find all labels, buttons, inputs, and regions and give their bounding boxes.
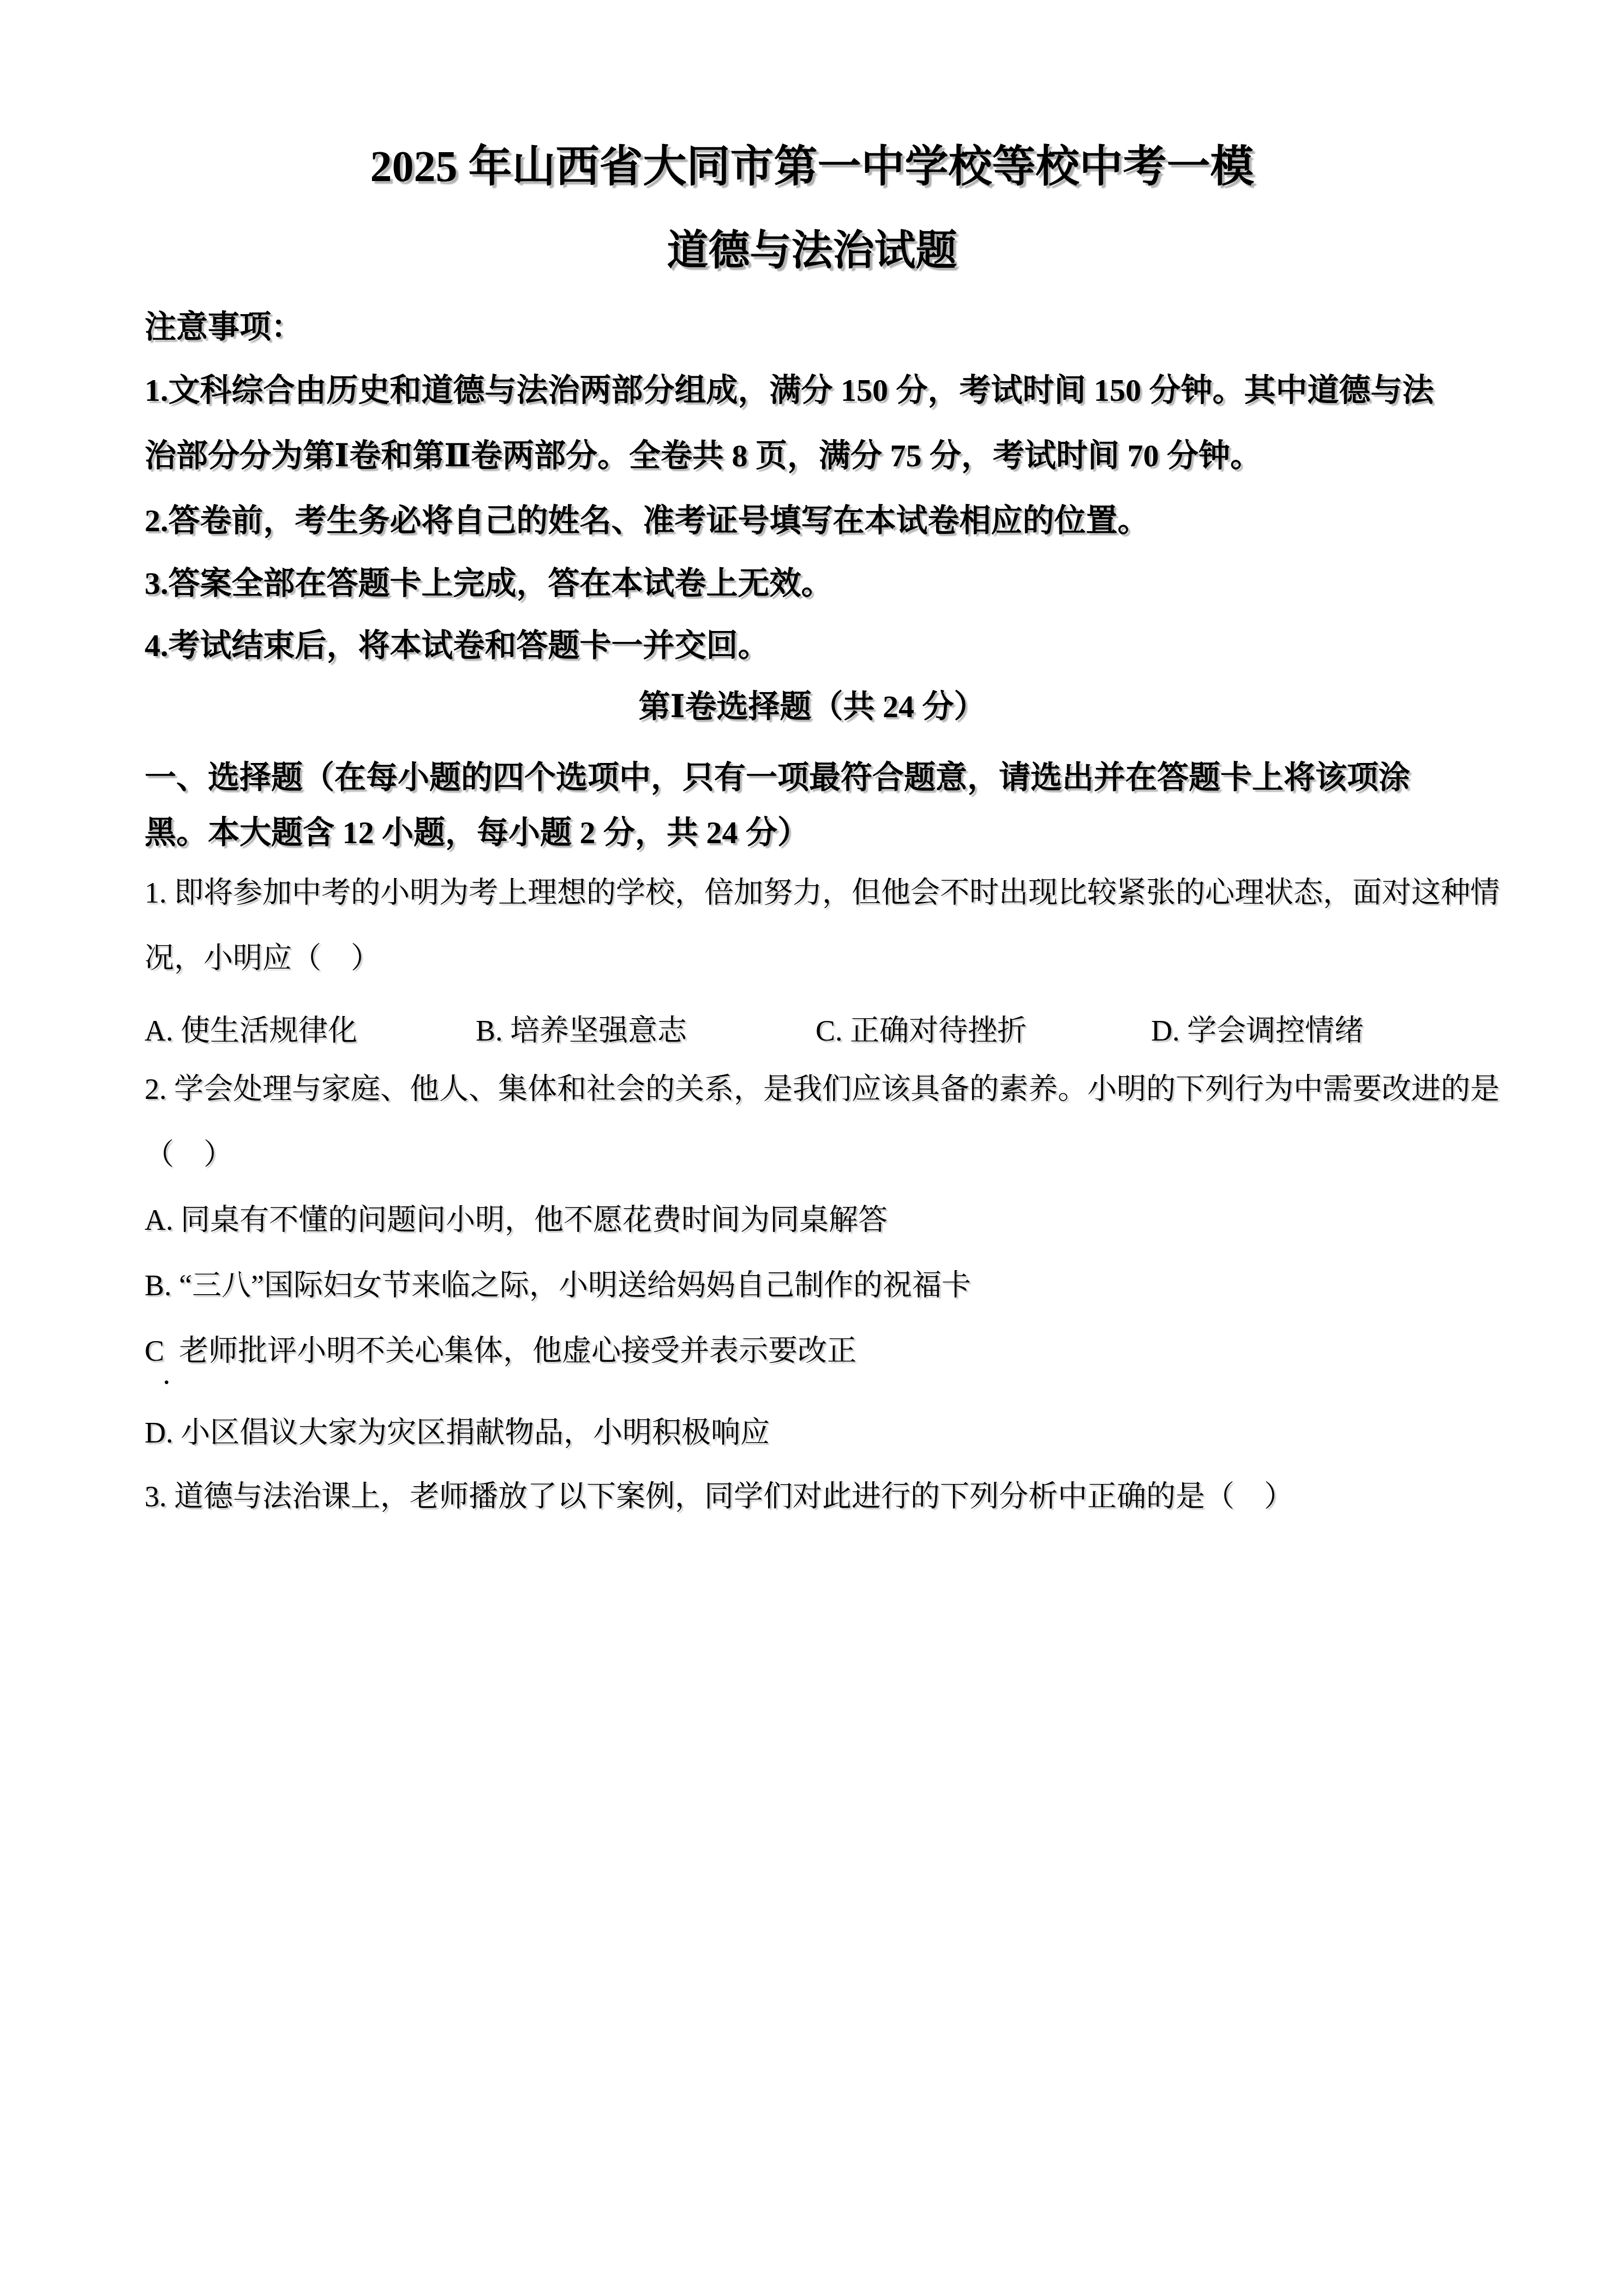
notice-item3: 3.答案全部在答题卡上完成，答在本试卷上无效。	[145, 566, 833, 602]
mc-intro-line2: 黑。本大题含 12 小题，每小题 2 分，共 24 分）	[145, 815, 809, 851]
exam-paper-page: 2025 年山西省大同市第一中学校等校中考一模 道德与法治试题 注意事项： 1.…	[0, 0, 1624, 2296]
q2-option-c-stray-period: ·	[161, 1366, 172, 1401]
question-1-line2: 况，小明应（ ）	[145, 942, 380, 975]
exam-title: 2025 年山西省大同市第一中学校等校中考一模	[370, 143, 1254, 192]
q1-option-d: D. 学会调控情绪	[1151, 1007, 1364, 1049]
q2-option-d: D. 小区倡议大家为灾区捐献物品，小明积极响应	[145, 1416, 770, 1449]
notice-item4: 4.考试结束后，将本试卷和答题卡一并交回。	[145, 628, 770, 664]
notice-item2: 2.答卷前，考生务必将自己的姓名、准考证号填写在本试卷相应的位置。	[145, 503, 1149, 539]
q2-option-c: C 老师批评小明不关心集体，他虚心接受并表示要改正	[145, 1335, 856, 1367]
q1-option-a: A. 使生活规律化	[145, 1007, 357, 1049]
question-1-line1: 1. 即将参加中考的小明为考上理想的学校，倍加努力，但他会不时出现比较紧张的心理…	[145, 876, 1500, 909]
notice-item1-line1: 1.文科综合由历史和道德与法治两部分组成，满分 150 分，考试时间 150 分…	[145, 373, 1434, 408]
q1-option-c: C. 正确对待挫折	[816, 1007, 1027, 1049]
q2-option-b: B. “三八”国际妇女节来临之际，小明送给妈妈自己制作的祝福卡	[145, 1269, 971, 1302]
section1-header: 第Ⅰ卷选择题（共 24 分）	[638, 689, 985, 725]
exam-subtitle: 道德与法治试题	[667, 228, 957, 274]
question-2-line1: 2. 学会处理与家庭、他人、集体和社会的关系，是我们应该具备的素养。小明的下列行…	[145, 1073, 1500, 1105]
notice-heading: 注意事项：	[145, 310, 303, 345]
mc-intro-line1: 一、选择题（在每小题的四个选项中，只有一项最符合题意，请选出并在答题卡上将该项涂	[145, 760, 1410, 796]
question-2-line2: （ ）	[145, 1138, 233, 1171]
q1-option-b: B. 培养坚强意志	[476, 1007, 687, 1049]
notice-item1-line2: 治部分分为第Ⅰ卷和第Ⅱ卷两部分。全卷共 8 页，满分 75 分，考试时间 70 …	[145, 438, 1262, 474]
q2-option-a: A. 同桌有不懂的问题问小明，他不愿花费时间为同桌解答	[145, 1204, 888, 1236]
question-3-line1: 3. 道德与法治课上，老师播放了以下案例，同学们对此进行的下列分析中正确的是（ …	[145, 1480, 1293, 1513]
